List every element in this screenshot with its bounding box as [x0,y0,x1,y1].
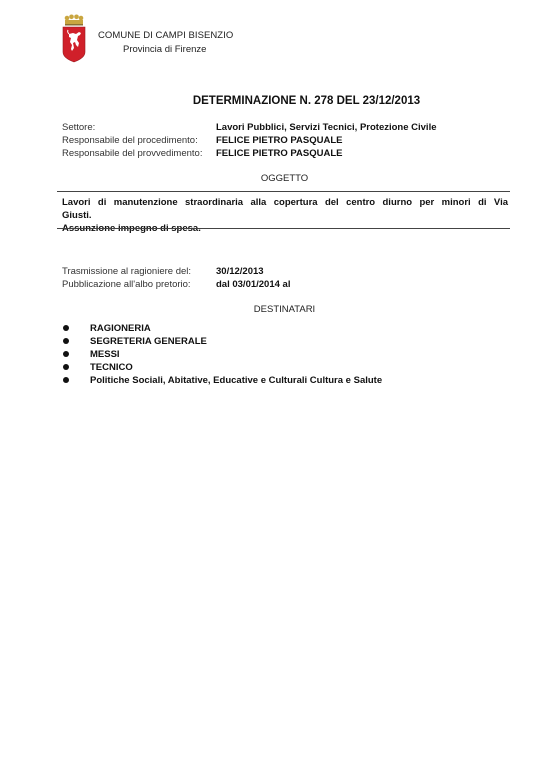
subject-heading: OGGETTO [57,173,510,184]
subject-text: Lavori di manutenzione straordinaria all… [62,196,508,235]
field-value: FELICE PIETRO PASQUALE [216,147,343,160]
divider [57,228,510,229]
recipients-heading: DESTINATARI [57,304,510,315]
coat-of-arms-icon [62,12,86,64]
field-label: Pubblicazione all'albo pretorio: [62,278,191,291]
bullet-icon [63,351,69,357]
bullet-icon [63,338,69,344]
field-label: Responsabile del provvedimento: [62,147,202,160]
list-item: MESSI [62,348,382,361]
bullet-icon [63,364,69,370]
field-row-procedure-manager: Responsabile del procedimento: FELICE PI… [62,134,522,147]
field-row-publication-date: Pubblicazione all'albo pretorio: dal 03/… [62,278,522,291]
field-row-provision-manager: Responsabile del provvedimento: FELICE P… [62,147,522,160]
list-item: RAGIONERIA [62,322,382,335]
bullet-icon [63,377,69,383]
recipient-name: TECNICO [90,362,133,373]
list-item: SEGRETERIA GENERALE [62,335,382,348]
recipient-name: Politiche Sociali, Abitative, Educative … [90,375,382,386]
field-value: dal 03/01/2014 al [216,278,290,291]
document-title: DETERMINAZIONE N. 278 DEL 23/12/2013 [0,95,543,107]
recipient-name: MESSI [90,349,120,360]
recipients-list: RAGIONERIA SEGRETERIA GENERALE MESSI TEC… [62,322,382,387]
field-row-transmission-date: Trasmissione al ragioniere del: 30/12/20… [62,265,522,278]
field-value: 30/12/2013 [216,265,264,278]
recipient-name: SEGRETERIA GENERALE [90,336,207,347]
field-value: FELICE PIETRO PASQUALE [216,134,343,147]
field-label: Responsabile del procedimento: [62,134,198,147]
field-label: Trasmissione al ragioniere del: [62,265,191,278]
field-row-sector: Settore: Lavori Pubblici, Servizi Tecnic… [62,121,522,134]
field-value: Lavori Pubblici, Servizi Tecnici, Protez… [216,121,437,134]
province-name: Provincia di Firenze [123,44,206,55]
field-label: Settore: [62,121,95,134]
organization-name: COMUNE DI CAMPI BISENZIO [98,30,233,41]
list-item: TECNICO [62,361,382,374]
subject-line: Lavori di manutenzione straordinaria all… [62,196,508,222]
list-item: Politiche Sociali, Abitative, Educative … [62,374,382,387]
divider [57,191,510,192]
bullet-icon [63,325,69,331]
recipient-name: RAGIONERIA [90,323,151,334]
